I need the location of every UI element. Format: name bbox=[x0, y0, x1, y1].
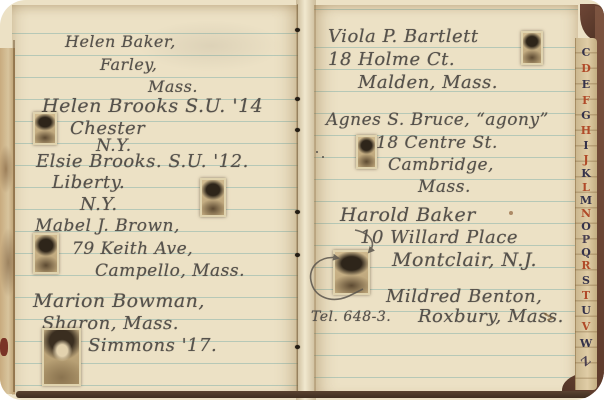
portrait-photo-helen-brooks bbox=[33, 112, 57, 145]
portrait-photo-harold-baker bbox=[333, 250, 370, 295]
left-cover-spot bbox=[0, 338, 8, 356]
handwriting-line: Tel. 648-3. bbox=[311, 309, 391, 325]
handwriting-line: Helen Brooks S.U. '14 bbox=[42, 95, 263, 117]
index-tab-f: F bbox=[577, 94, 595, 107]
handwriting-line: 79 Keith Ave, bbox=[72, 239, 193, 259]
notebook-scan: Helen Baker, Farley, Mass. Helen Brooks … bbox=[0, 0, 604, 400]
stitch-dot bbox=[295, 345, 300, 349]
stitch-dot bbox=[295, 210, 300, 214]
index-tab-u: U bbox=[577, 304, 595, 317]
stitch-dot bbox=[295, 97, 300, 101]
handwriting-line: Liberty. bbox=[52, 172, 125, 193]
handwriting-line: Marion Bowman, bbox=[33, 290, 205, 312]
handwriting-line: Harold Baker bbox=[340, 204, 476, 226]
handwriting-line: Elsie Brooks. S.U. '12. bbox=[36, 151, 249, 172]
cover-bottom-edge bbox=[16, 391, 590, 398]
handwriting-line: Mass. bbox=[418, 177, 471, 197]
handwriting-line: N.Y. bbox=[80, 194, 118, 215]
ink-speck bbox=[509, 211, 513, 215]
fold-line bbox=[297, 4, 298, 396]
handwriting-line: Malden, Mass. bbox=[358, 72, 498, 93]
index-tab-s: S bbox=[577, 274, 595, 287]
handwriting-line: Montclair, N.J. bbox=[392, 249, 537, 271]
handwriting-line: Farley, bbox=[100, 55, 157, 74]
handwriting-line: Viola P. Bartlett bbox=[328, 26, 479, 47]
handwriting-line: Helen Baker, bbox=[65, 32, 176, 51]
handwriting-line: Roxbury, Mass. bbox=[418, 306, 564, 327]
portrait-photo-viola-bartlett bbox=[521, 31, 543, 65]
index-tab-c: C bbox=[577, 46, 595, 59]
handwriting-line: Agnes S. Bruce, “agony” bbox=[326, 110, 549, 130]
ink-speck bbox=[316, 151, 318, 153]
index-tab-h: H bbox=[577, 124, 595, 137]
handwriting-line: 18 Holme Ct. bbox=[328, 49, 455, 70]
handwriting-line: 18 Centre St. bbox=[376, 133, 498, 153]
stitch-dot bbox=[295, 253, 300, 257]
handwriting-line: 10 Willard Place bbox=[360, 227, 518, 248]
index-tab-p: P bbox=[577, 233, 595, 246]
index-tab-o: O bbox=[577, 220, 595, 233]
handwriting-line: Cambridge, bbox=[388, 155, 494, 175]
index-tab-r: R bbox=[577, 259, 595, 272]
handwriting-line: Simmons '17. bbox=[88, 335, 217, 356]
handwriting-line: Mildred Benton, bbox=[386, 286, 542, 307]
index-tab-t: T bbox=[577, 289, 595, 302]
index-tab-w: W bbox=[577, 337, 595, 350]
index-tab-k: K bbox=[577, 167, 595, 180]
index-tab-i: I bbox=[577, 139, 595, 152]
handwriting-line: Campello, Mass. bbox=[95, 261, 245, 281]
index-tab-d: D bbox=[577, 62, 595, 75]
left-page-crease bbox=[13, 40, 15, 392]
index-tab-q: Q bbox=[577, 246, 595, 259]
index-tab-m: M bbox=[577, 194, 595, 207]
index-tab-n: N bbox=[577, 207, 595, 220]
index-tab-e: E bbox=[577, 78, 595, 91]
index-tab-g: G bbox=[577, 109, 595, 122]
handwriting-line: Mass. bbox=[148, 77, 198, 96]
stitch-dot bbox=[295, 28, 300, 32]
portrait-photo-mabel-brown bbox=[33, 233, 59, 274]
portrait-photo-agnes-bruce bbox=[356, 135, 377, 169]
index-tab-l: L bbox=[577, 181, 595, 194]
index-tab-j: J bbox=[577, 153, 595, 166]
portrait-photo-marion-bowman bbox=[42, 328, 81, 386]
portrait-photo-elsie-brooks bbox=[200, 178, 226, 217]
index-tab-v: V bbox=[577, 320, 595, 333]
stitch-dot bbox=[295, 128, 300, 132]
ink-speck bbox=[322, 156, 324, 158]
page-gutter bbox=[296, 0, 316, 400]
